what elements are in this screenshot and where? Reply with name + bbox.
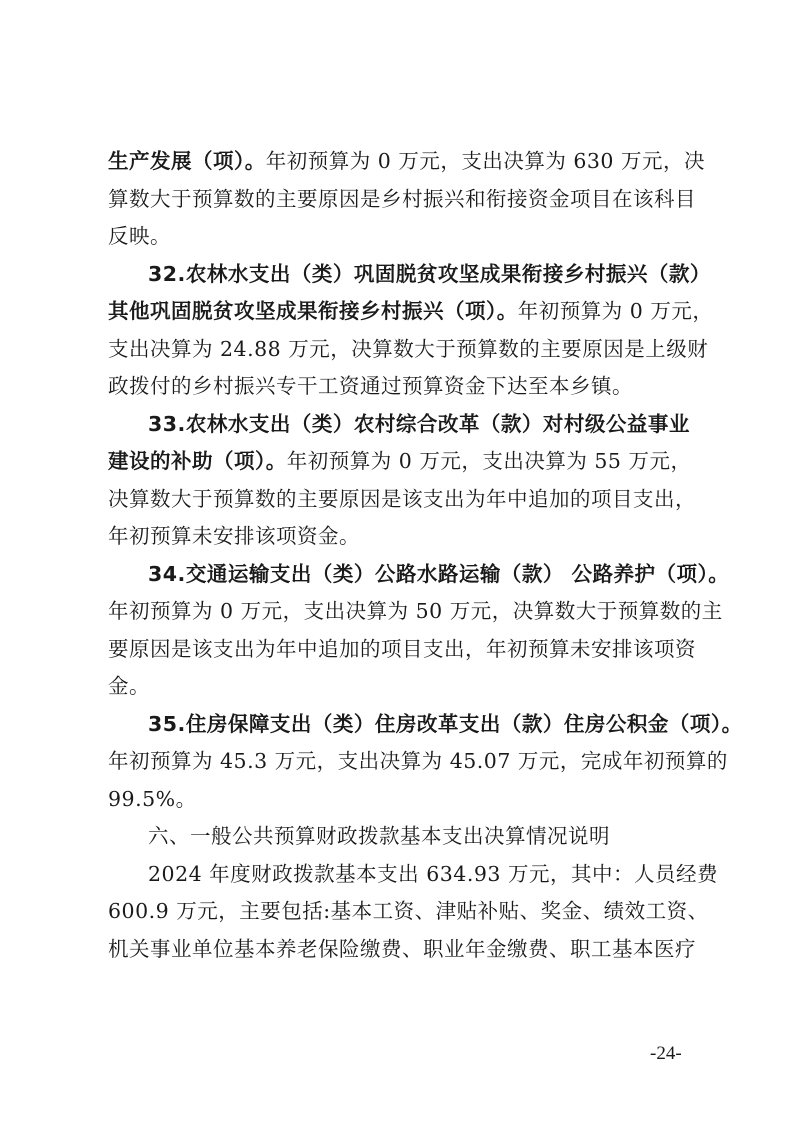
paragraph-line: 年初预算未安排该项资金。 — [108, 518, 688, 556]
paragraph-line: 要原因是该支出为年中追加的项目支出，年初预算未安排该项资 — [108, 631, 688, 669]
item-text: 年初预算为 0 万元，支出决算为 55 万元， — [287, 449, 692, 473]
item-text: 年初预算为 0 万元，支出决算为 630 万元，决 — [266, 149, 705, 173]
item-title: 建设的补助（项）。 — [108, 449, 287, 473]
paragraph-line: 政拨付的乡村振兴专干工资通过预算资金下达至本乡镇。 — [108, 368, 688, 406]
item-33-title: 33.农林水支出（类）农村综合改革（款）对村级公益事业 — [108, 406, 688, 444]
paragraph-line: 反映。 — [108, 218, 688, 256]
item-35-title: 35.住房保障支出（类）住房改革支出（款）住房公积金（项）。 — [108, 706, 688, 744]
item-32-title: 32.农林水支出（类）巩固脱贫攻坚成果衔接乡村振兴（款） — [108, 256, 688, 294]
paragraph-line: 支出决算为 24.88 万元，决算数大于预算数的主要原因是上级财 — [108, 331, 688, 369]
paragraph-line: 2024 年度财政拨款基本支出 634.93 万元，其中：人员经费 — [108, 856, 688, 894]
paragraph-line: 算数大于预算数的主要原因是乡村振兴和衔接资金项目在该科目 — [108, 181, 688, 219]
paragraph-line: 年初预算为 45.3 万元，支出决算为 45.07 万元，完成年初预算的 — [108, 743, 688, 781]
paragraph-line: 机关事业单位基本养老保险缴费、职业年金缴费、职工基本医疗 — [108, 931, 688, 969]
page-number: -24- — [650, 1043, 682, 1065]
item-title: 其他巩固脱贫攻坚成果衔接乡村振兴（项）。 — [108, 299, 518, 323]
paragraph-line: 决算数大于预算数的主要原因是该支出为年中追加的项目支出， — [108, 481, 688, 519]
section-heading: 六、一般公共预算财政拨款基本支出决算情况说明 — [108, 818, 688, 856]
paragraph-line: 其他巩固脱贫攻坚成果衔接乡村振兴（项）。年初预算为 0 万元， — [108, 293, 688, 331]
item-34-title: 34.交通运输支出（类）公路水路运输（款） 公路养护（项）。 — [108, 556, 688, 594]
paragraph-line: 建设的补助（项）。年初预算为 0 万元，支出决算为 55 万元， — [108, 443, 688, 481]
document-page: 生产发展（项）。年初预算为 0 万元，支出决算为 630 万元，决 算数大于预算… — [108, 143, 688, 968]
item-text: 年初预算为 0 万元， — [518, 299, 714, 323]
paragraph-line: 600.9 万元，主要包括:基本工资、津贴补贴、奖金、绩效工资、 — [108, 893, 688, 931]
paragraph-line: 金。 — [108, 668, 688, 706]
paragraph-line: 99.5%。 — [108, 781, 688, 819]
item-title: 生产发展（项）。 — [108, 149, 266, 173]
paragraph-line: 年初预算为 0 万元，支出决算为 50 万元，决算数大于预算数的主 — [108, 593, 688, 631]
paragraph-line: 生产发展（项）。年初预算为 0 万元，支出决算为 630 万元，决 — [108, 143, 688, 181]
